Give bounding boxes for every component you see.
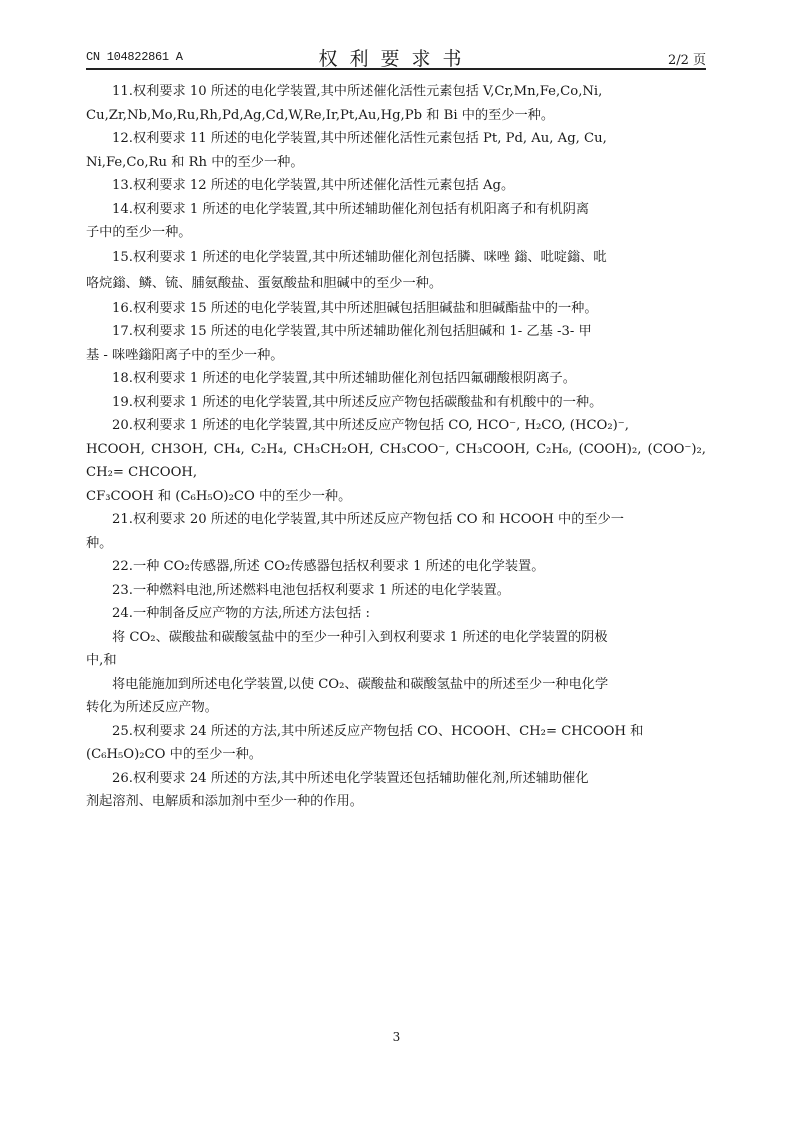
header-divider — [86, 68, 706, 70]
claim-line-continued: 种。 — [86, 532, 706, 556]
page-number: 3 — [0, 1030, 793, 1044]
claim-20: 20.权利要求 1 所述的电化学装置,其中所述反应产物包括 CO, HCO⁻, … — [86, 414, 706, 508]
claim-line-first: 16.权利要求 15 所述的电化学装置,其中所述胆碱包括胆碱盐和胆碱酯盐中的一种… — [86, 297, 706, 321]
claim-line-first: 24.一种制备反应产物的方法,所述方法包括 : — [86, 602, 706, 626]
claim-13: 13.权利要求 12 所述的电化学装置,其中所述催化活性元素包括 Ag。 — [86, 174, 706, 198]
claim-16: 16.权利要求 15 所述的电化学装置,其中所述胆碱包括胆碱盐和胆碱酯盐中的一种… — [86, 297, 706, 321]
claim-line-continued: 剂起溶剂、电解质和添加剂中至少一种的作用。 — [86, 790, 706, 814]
claim-line-continued: 咯烷鎓、鳞、锍、脯氨酸盐、蛋氨酸盐和胆碱中的至少一种。 — [86, 271, 706, 297]
claim-25: 25.权利要求 24 所述的方法,其中所述反应产物包括 CO、HCOOH、CH₂… — [86, 720, 706, 767]
claim-line-continued: Cu,Zr,Nb,Mo,Ru,Rh,Pd,Ag,Cd,W,Re,Ir,Pt,Au… — [86, 104, 706, 128]
claim-line-first: 17.权利要求 15 所述的电化学装置,其中所述辅助催化剂包括胆碱和 1- 乙基… — [86, 320, 706, 344]
claim-line-first: 22.一种 CO₂传感器,所述 CO₂传感器包括权利要求 1 所述的电化学装置。 — [86, 555, 706, 579]
claim-line-first: 26.权利要求 24 所述的方法,其中所述电化学装置还包括辅助催化剂,所述辅助催… — [86, 767, 706, 791]
claim-24b: 将电能施加到所述电化学装置,以使 CO₂、碳酸盐和碳酸氢盐中的所述至少一种电化学… — [86, 673, 706, 720]
claim-15: 15.权利要求 1 所述的电化学装置,其中所述辅助催化剂包括膦、咪唑 鎓、吡啶鎓… — [86, 245, 706, 297]
claim-18: 18.权利要求 1 所述的电化学装置,其中所述辅助催化剂包括四氟硼酸根阴离子。 — [86, 367, 706, 391]
claim-19: 19.权利要求 1 所述的电化学装置,其中所述反应产物包括碳酸盐和有机酸中的一种… — [86, 391, 706, 415]
claim-line-continued: HCOOH, CH3OH, CH₄, C₂H₄, CH₃CH₂OH, CH₃CO… — [86, 438, 706, 485]
claim-line-continued: 子中的至少一种。 — [86, 221, 706, 245]
claim-line-first: 将 CO₂、碳酸盐和碳酸氢盐中的至少一种引入到权利要求 1 所述的电化学装置的阴… — [86, 626, 706, 650]
claim-line-first: 23.一种燃料电池,所述燃料电池包括权利要求 1 所述的电化学装置。 — [86, 579, 706, 603]
claim-line-first: 19.权利要求 1 所述的电化学装置,其中所述反应产物包括碳酸盐和有机酸中的一种… — [86, 391, 706, 415]
claim-line-first: 21.权利要求 20 所述的电化学装置,其中所述反应产物包括 CO 和 HCOO… — [86, 508, 706, 532]
claim-line-first: 20.权利要求 1 所述的电化学装置,其中所述反应产物包括 CO, HCO⁻, … — [86, 414, 706, 438]
claim-line-continued: CF₃COOH 和 (C₆H₅O)₂CO 中的至少一种。 — [86, 485, 706, 509]
claim-line-first: 25.权利要求 24 所述的方法,其中所述反应产物包括 CO、HCOOH、CH₂… — [86, 720, 706, 744]
document-title: 权利要求书 — [86, 44, 706, 71]
claim-22: 22.一种 CO₂传感器,所述 CO₂传感器包括权利要求 1 所述的电化学装置。 — [86, 555, 706, 579]
claim-11: 11.权利要求 10 所述的电化学装置,其中所述催化活性元素包括 V,Cr,Mn… — [86, 80, 706, 127]
claim-14: 14.权利要求 1 所述的电化学装置,其中所述辅助催化剂包括有机阳离子和有机阴离… — [86, 198, 706, 245]
claim-24a: 将 CO₂、碳酸盐和碳酸氢盐中的至少一种引入到权利要求 1 所述的电化学装置的阴… — [86, 626, 706, 673]
page-header: CN 104822861 A 权利要求书 2/2 页 — [86, 44, 706, 66]
claim-26: 26.权利要求 24 所述的方法,其中所述电化学装置还包括辅助催化剂,所述辅助催… — [86, 767, 706, 814]
claim-23: 23.一种燃料电池,所述燃料电池包括权利要求 1 所述的电化学装置。 — [86, 579, 706, 603]
claim-line-first: 15.权利要求 1 所述的电化学装置,其中所述辅助催化剂包括膦、咪唑 鎓、吡啶鎓… — [86, 245, 706, 271]
claim-line-continued: 中,和 — [86, 649, 706, 673]
claim-line-continued: (C₆H₅O)₂CO 中的至少一种。 — [86, 743, 706, 767]
claim-line-first: 18.权利要求 1 所述的电化学装置,其中所述辅助催化剂包括四氟硼酸根阴离子。 — [86, 367, 706, 391]
claim-line-first: 将电能施加到所述电化学装置,以使 CO₂、碳酸盐和碳酸氢盐中的所述至少一种电化学 — [86, 673, 706, 697]
claim-line-first: 13.权利要求 12 所述的电化学装置,其中所述催化活性元素包括 Ag。 — [86, 174, 706, 198]
claim-line-first: 14.权利要求 1 所述的电化学装置,其中所述辅助催化剂包括有机阳离子和有机阴离 — [86, 198, 706, 222]
claim-line-continued: 转化为所述反应产物。 — [86, 696, 706, 720]
page-indicator: 2/2 页 — [668, 49, 706, 68]
claim-line-first: 12.权利要求 11 所述的电化学装置,其中所述催化活性元素包括 Pt, Pd,… — [86, 127, 706, 151]
claim-line-continued: 基 - 咪唑鎓阳离子中的至少一种。 — [86, 344, 706, 368]
claims-body: 11.权利要求 10 所述的电化学装置,其中所述催化活性元素包括 V,Cr,Mn… — [86, 80, 706, 814]
claim-24: 24.一种制备反应产物的方法,所述方法包括 : — [86, 602, 706, 626]
claim-line-first: 11.权利要求 10 所述的电化学装置,其中所述催化活性元素包括 V,Cr,Mn… — [86, 80, 706, 104]
claim-17: 17.权利要求 15 所述的电化学装置,其中所述辅助催化剂包括胆碱和 1- 乙基… — [86, 320, 706, 367]
claim-12: 12.权利要求 11 所述的电化学装置,其中所述催化活性元素包括 Pt, Pd,… — [86, 127, 706, 174]
claim-21: 21.权利要求 20 所述的电化学装置,其中所述反应产物包括 CO 和 HCOO… — [86, 508, 706, 555]
claim-line-continued: Ni,Fe,Co,Ru 和 Rh 中的至少一种。 — [86, 151, 706, 175]
